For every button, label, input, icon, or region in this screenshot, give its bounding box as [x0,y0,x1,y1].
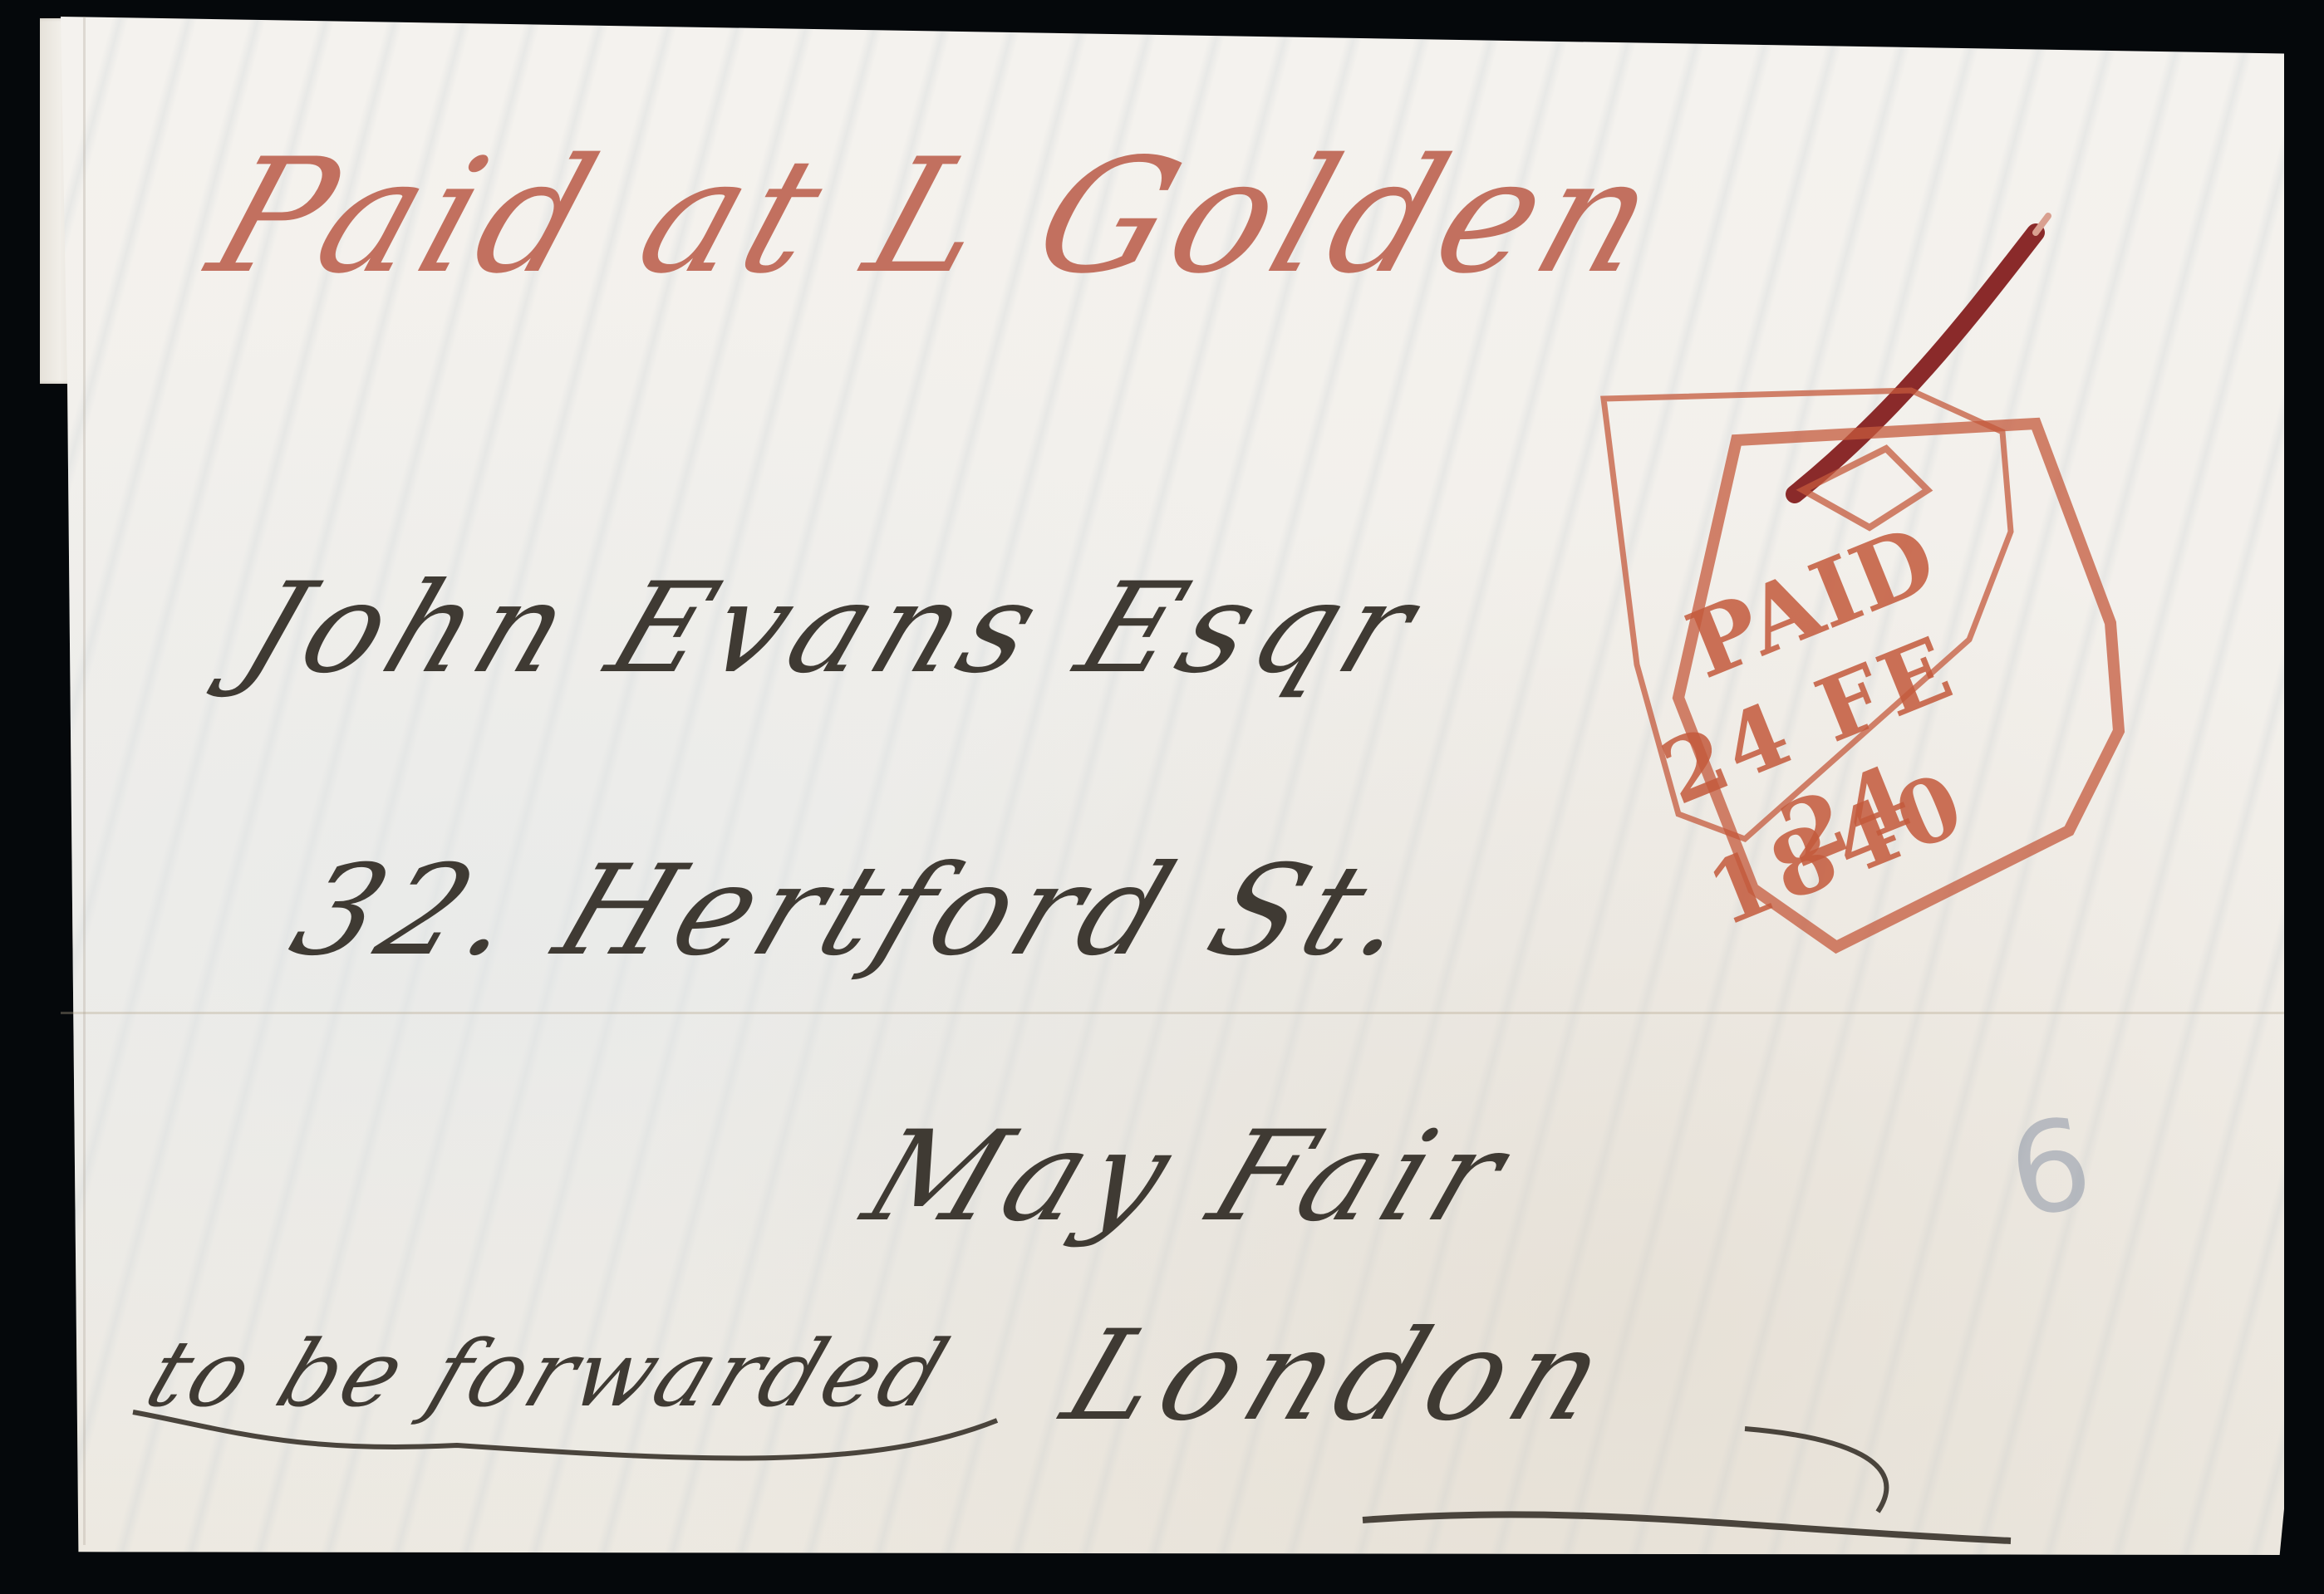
vertical-fold [83,17,86,1545]
instruction-underline [125,1395,1122,1495]
address-street: 32. Hertford St. [274,839,1438,983]
paid-at-docket: Paid at L Golden [191,125,1683,308]
city-underline [1329,1412,2077,1545]
addressee-name: John Evans Esqr [224,557,1441,701]
address-area: May Fair [848,1105,1530,1249]
